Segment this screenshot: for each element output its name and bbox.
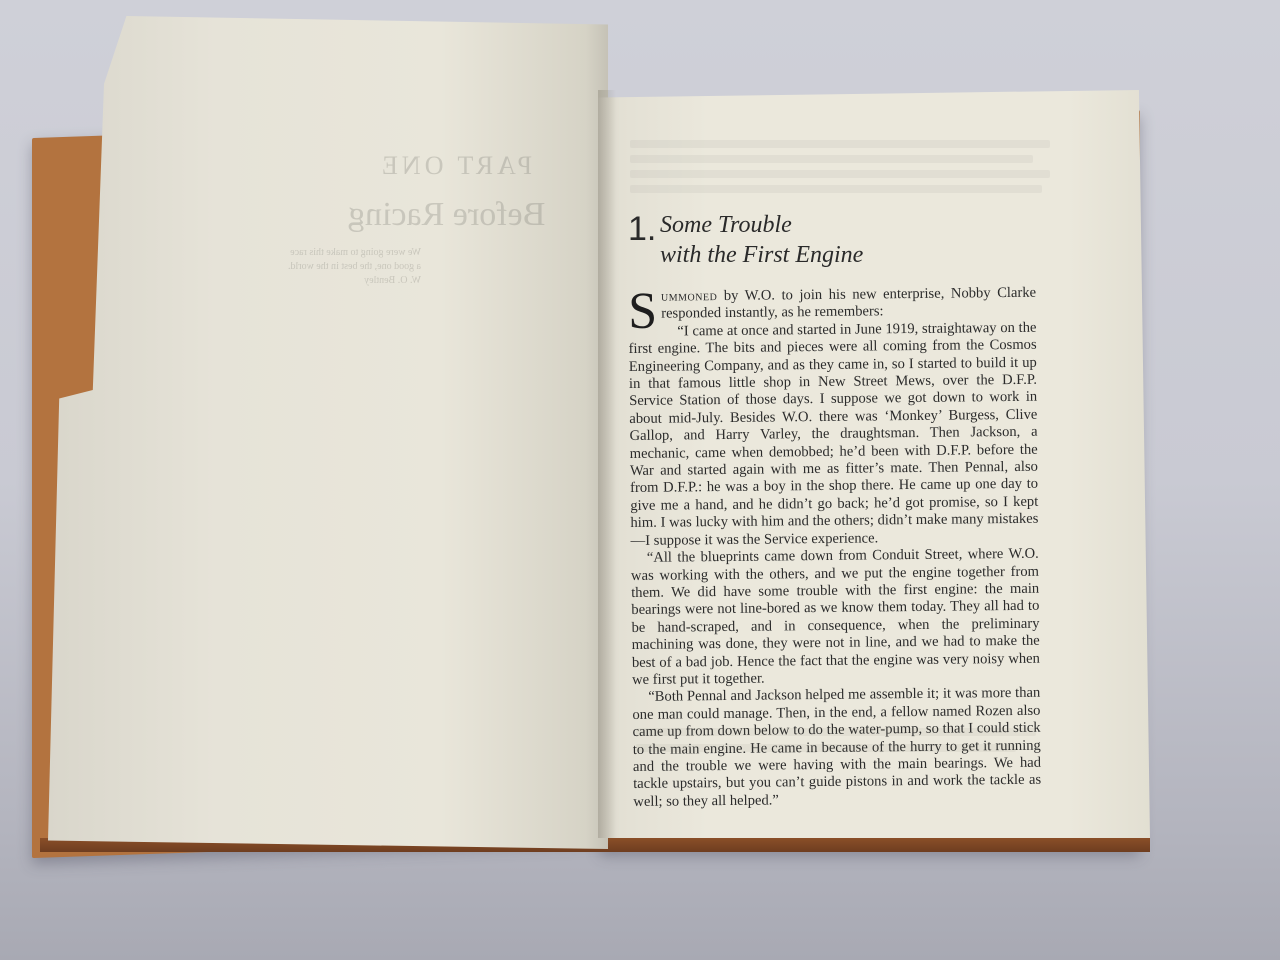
paragraph-1-text: by W.O. to join his new enterprise, Nobb…	[661, 285, 1036, 322]
chapter-title: Some Trouble with the First Engine	[660, 210, 863, 270]
show-through-part-title: Before Racing	[348, 196, 545, 234]
epigraph-line: a good one, the best in the world.	[288, 260, 421, 274]
drop-cap: S	[628, 291, 657, 333]
chapter-title-line-1: Some Trouble	[660, 210, 863, 240]
show-through-text-bottom	[636, 728, 1036, 760]
show-through-part-heading: PART ONE	[378, 151, 532, 181]
paragraph-opening: Summoned by W.O. to join his new enterpr…	[628, 285, 1036, 324]
epigraph-line: We were going to make this race	[288, 246, 421, 260]
show-through-epigraph: We were going to make this race a good o…	[288, 246, 421, 288]
chapter-title-line-2: with the First Engine	[660, 240, 863, 270]
photo-scene: PART ONE Before Racing We were going to …	[0, 0, 1280, 960]
paragraph-2: “I came at once and started in June 1919…	[628, 320, 1038, 551]
gutter-shadow	[598, 90, 616, 838]
left-page: PART ONE Before Racing We were going to …	[48, 16, 608, 866]
show-through-text-top	[630, 140, 1050, 200]
opening-small-caps: ummoned	[661, 288, 717, 305]
chapter-number: 1.	[628, 210, 656, 249]
paragraph-3: “All the blueprints came down from Condu…	[631, 546, 1040, 690]
epigraph-attribution: W. O. Bentley	[288, 274, 421, 288]
